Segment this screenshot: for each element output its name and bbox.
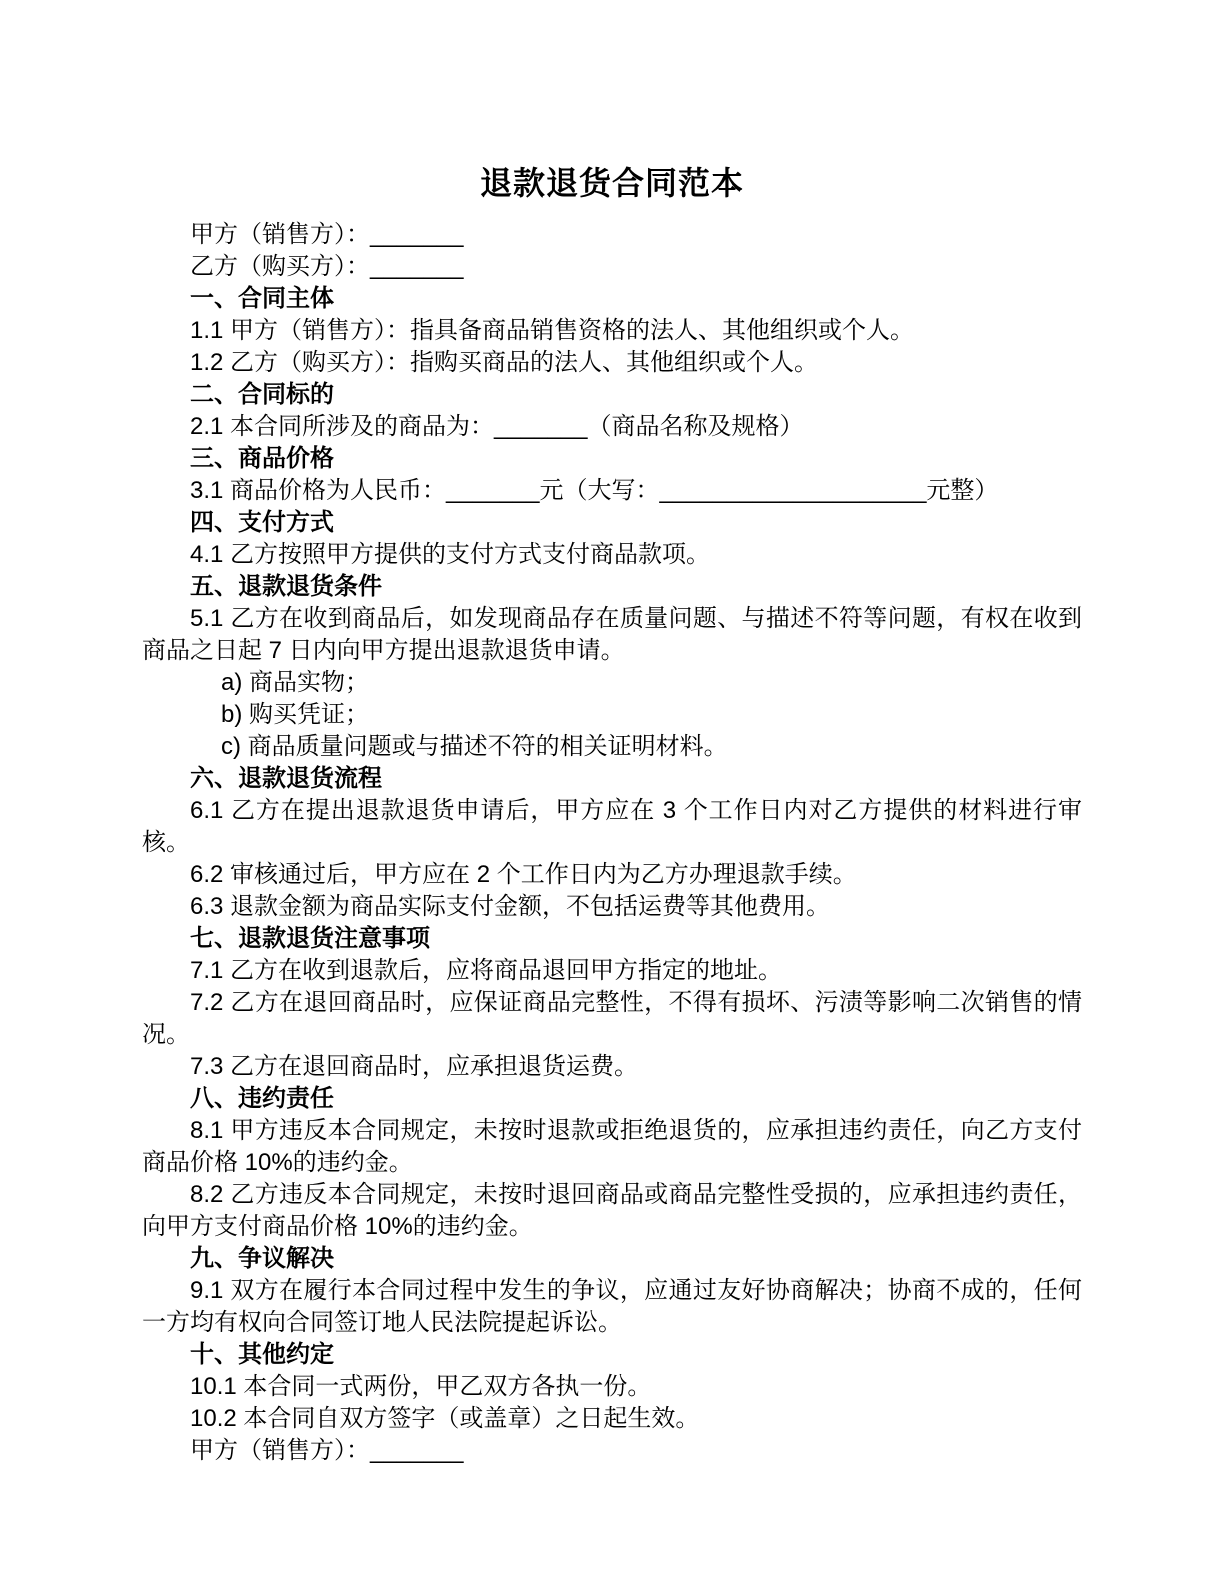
paragraph: 乙方（购买方）：_______ (142, 251, 1082, 283)
section-heading: 五、退款退货条件 (142, 571, 1082, 603)
list-item: b) 购买凭证； (142, 699, 1082, 731)
section-heading: 十、其他约定 (142, 1339, 1082, 1371)
paragraph: 7.2 乙方在退回商品时，应保证商品完整性，不得有损坏、污渍等影响二次销售的情况… (142, 987, 1082, 1051)
list-item: c) 商品质量问题或与描述不符的相关证明材料。 (142, 731, 1082, 763)
paragraph: 6.2 审核通过后，甲方应在 2 个工作日内为乙方办理退款手续。 (142, 859, 1082, 891)
section-heading: 二、合同标的 (142, 379, 1082, 411)
paragraph: 10.2 本合同自双方签字（或盖章）之日起生效。 (142, 1403, 1082, 1435)
paragraph: 6.1 乙方在提出退款退货申请后，甲方应在 3 个工作日内对乙方提供的材料进行审… (142, 795, 1082, 859)
paragraph: 10.1 本合同一式两份，甲乙双方各执一份。 (142, 1371, 1082, 1403)
paragraph: 甲方（销售方）：_______ (142, 1435, 1082, 1467)
section-heading: 四、支付方式 (142, 507, 1082, 539)
paragraph: 2.1 本合同所涉及的商品为：_______（商品名称及规格） (142, 411, 1082, 443)
paragraph: 4.1 乙方按照甲方提供的支付方式支付商品款项。 (142, 539, 1082, 571)
paragraph: 5.1 乙方在收到商品后，如发现商品存在质量问题、与描述不符等问题，有权在收到商… (142, 603, 1082, 667)
paragraph: 1.1 甲方（销售方）：指具备商品销售资格的法人、其他组织或个人。 (142, 315, 1082, 347)
section-heading: 三、商品价格 (142, 443, 1082, 475)
document-title: 退款退货合同范本 (0, 0, 1224, 202)
paragraph: 7.1 乙方在收到退款后，应将商品退回甲方指定的地址。 (142, 955, 1082, 987)
section-heading: 六、退款退货流程 (142, 763, 1082, 795)
paragraph: 1.2 乙方（购买方）：指购买商品的法人、其他组织或个人。 (142, 347, 1082, 379)
paragraph: 7.3 乙方在退回商品时，应承担退货运费。 (142, 1051, 1082, 1083)
list-item: a) 商品实物； (142, 667, 1082, 699)
section-heading: 八、违约责任 (142, 1083, 1082, 1115)
paragraph: 8.1 甲方违反本合同规定，未按时退款或拒绝退货的，应承担违约责任，向乙方支付商… (142, 1115, 1082, 1179)
document-body: 甲方（销售方）：_______乙方（购买方）：_______一、合同主体1.1 … (142, 219, 1082, 1467)
paragraph: 8.2 乙方违反本合同规定，未按时退回商品或商品完整性受损的，应承担违约责任，向… (142, 1179, 1082, 1243)
paragraph: 甲方（销售方）：_______ (142, 219, 1082, 251)
paragraph: 6.3 退款金额为商品实际支付金额，不包括运费等其他费用。 (142, 891, 1082, 923)
section-heading: 一、合同主体 (142, 283, 1082, 315)
paragraph: 9.1 双方在履行本合同过程中发生的争议，应通过友好协商解决；协商不成的，任何一… (142, 1275, 1082, 1339)
paragraph: 3.1 商品价格为人民币：_______元（大写：_______________… (142, 475, 1082, 507)
contract-document-page: 退款退货合同范本 甲方（销售方）：_______乙方（购买方）：_______一… (0, 0, 1224, 1584)
section-heading: 七、退款退货注意事项 (142, 923, 1082, 955)
section-heading: 九、争议解决 (142, 1243, 1082, 1275)
